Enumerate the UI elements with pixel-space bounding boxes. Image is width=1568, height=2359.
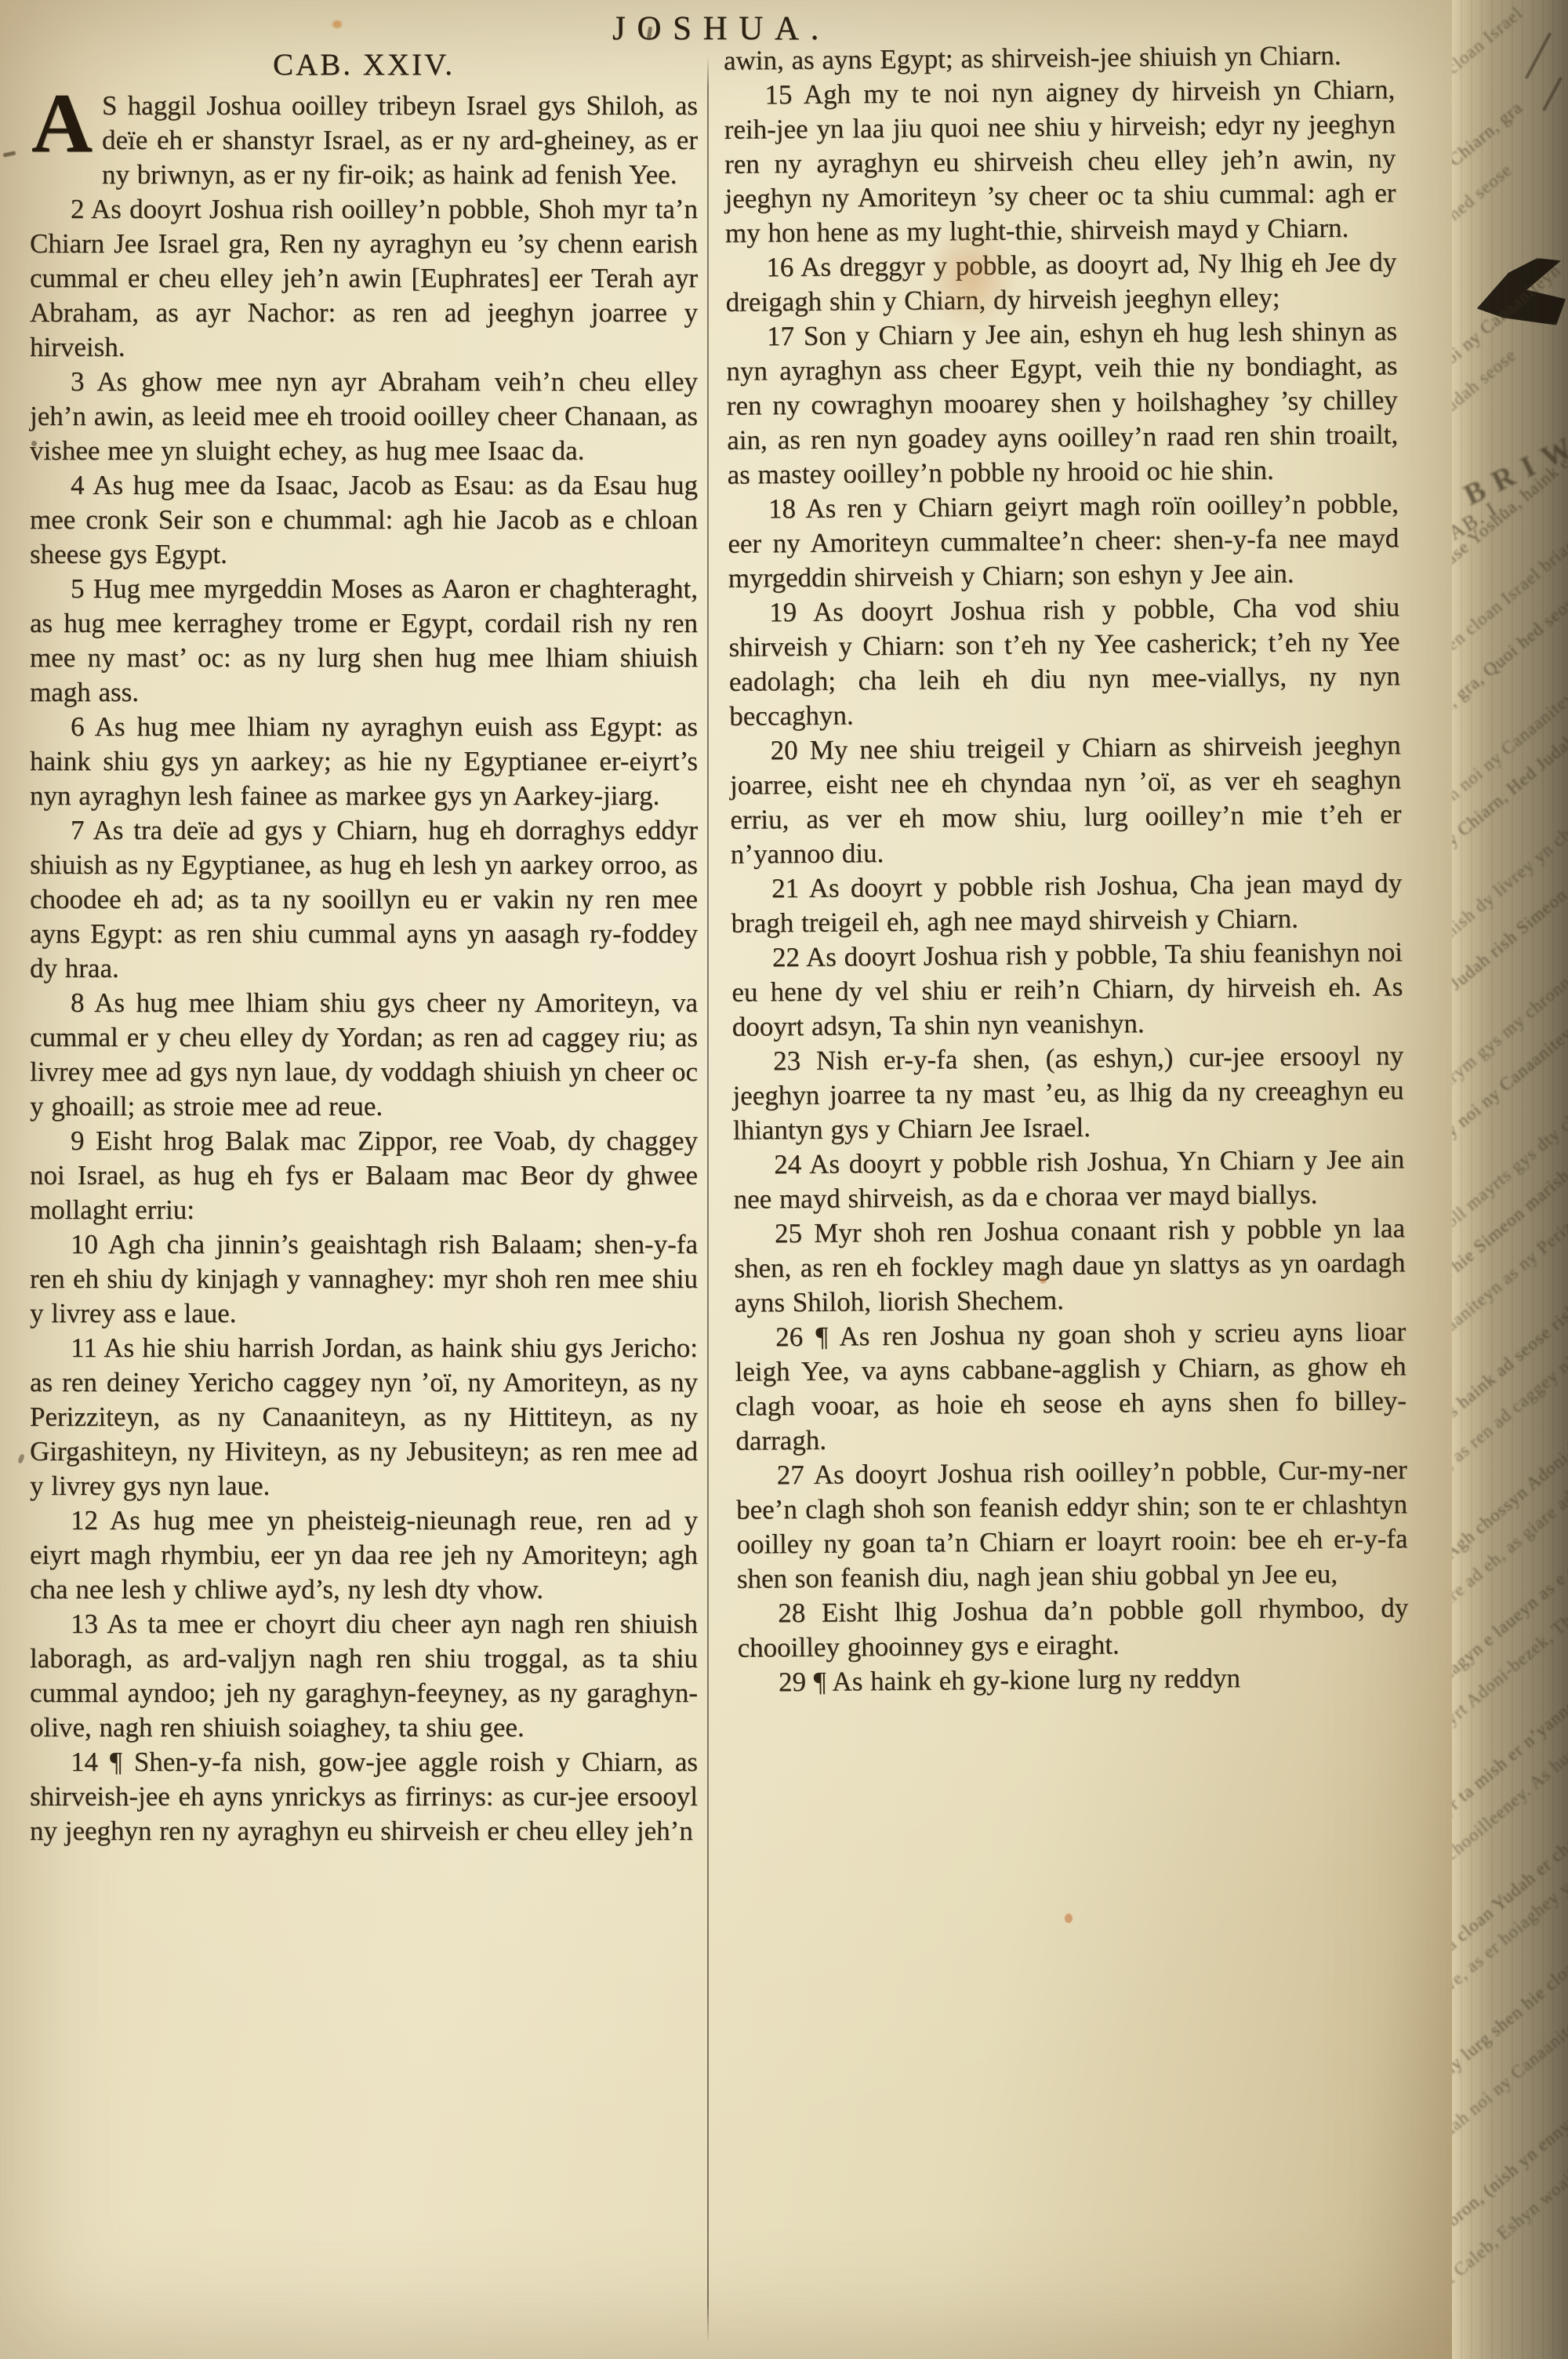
pen-mark bbox=[1525, 32, 1552, 79]
column-divider-rule bbox=[707, 56, 709, 2343]
edge-text-fragment: ny Canaaniteyn as ny Perizziteyn bbox=[1452, 1185, 1568, 1372]
edge-text-fragment: ordaagyn e laueyn as e chassyn bbox=[1452, 1525, 1568, 1701]
verse-13: 13 As ta mee er choyrt diu cheer ayn nag… bbox=[30, 1607, 698, 1745]
page-shadow-mark bbox=[1472, 255, 1568, 334]
edge-text-fragment: As ny lurg shen hie cloan Yudah bbox=[1452, 1917, 1568, 2098]
edge-text-fragment: dooyrt y Chiarn, Hed Judah seose: bbox=[1452, 695, 1568, 887]
edge-text-fragment: 6 Agh chossyn Adoni-bezek roish bbox=[1452, 1385, 1568, 1572]
edge-text-fragment: As dooyrt Adoni-bezek, Three-feed bbox=[1452, 1568, 1568, 1765]
edge-text-fragment: dooyrt Judah rish Simeon e vraar bbox=[1452, 846, 1568, 1031]
edge-text-fragment: as haare ad eh, as giare ad jeh bbox=[1452, 1467, 1568, 1637]
edge-text-fragment: Hebron, (nish yn ennym v’er bbox=[1452, 2081, 1568, 2245]
verse-14: 14 ¶ Shen-y-fa nish, gow-jee aggle roish… bbox=[30, 1745, 698, 1848]
edge-text-fragment: lurg baase Yoshua, haink eh gy- bbox=[1452, 426, 1568, 605]
edge-text-fragment: myr ta mish er n’yannoo bbox=[1452, 1688, 1568, 1830]
edge-text-fragment: y chliwe, as er hoiaghey yn ard bbox=[1452, 1852, 1568, 2027]
edge-text-fragment: va cloan Yudah er chaggey bbox=[1452, 1808, 1568, 1961]
drop-cap: A bbox=[30, 89, 102, 159]
chapter-heading: CAB. XXIV. bbox=[30, 47, 698, 82]
edge-text-fragment: goll mayrts gys dty chronney. bbox=[1452, 1070, 1568, 1238]
verse-22: 22 As dooyrt Joshua rish y pobble, Ta sh… bbox=[731, 935, 1403, 1044]
rust-stain bbox=[908, 205, 1033, 351]
edge-text-fragment: ta mish dy livrey yn cheer gys e bbox=[1452, 778, 1568, 958]
edge-text-fragment: marym gys my chronney, dy vod bbox=[1452, 919, 1568, 1102]
margin-mark bbox=[31, 441, 37, 446]
edge-text-fragment: Bezek; as ren ad caggey n’oï bbox=[1452, 1342, 1568, 1505]
verse-2: 2 As dooyrt Joshua rish ooilley’n pobble… bbox=[30, 192, 698, 365]
verse-5: 5 Hug mee myrgeddin Moses as Aaron er ch… bbox=[30, 572, 698, 710]
verse-27: 27 As dooyrt Joshua rish ooilley’n pobbl… bbox=[736, 1452, 1409, 1596]
verse-28: 28 Eisht lhig Joshua da’n pobble goll rh… bbox=[737, 1590, 1409, 1665]
verse-3: 3 As ghow mee nyn ayr Abraham veih’n che… bbox=[30, 365, 698, 468]
verse-7: 7 As tra deïe ad gys y Chiarn, hug eh do… bbox=[30, 813, 698, 986]
edge-text-fragment: eisht hie Simeon marish. bbox=[1452, 1161, 1568, 1304]
next-page-edge: as ren cloan Israel yn Chiarn, gra Quoi … bbox=[1452, 0, 1568, 2359]
edge-text-fragment: dy ren cloan Israel briaght bbox=[1452, 525, 1568, 675]
verse-24: 24 As dooyrt y pobble rish Joshua, Yn Ch… bbox=[733, 1142, 1405, 1216]
edge-text-fragment: Chiarn, gra, Quoi hed seose bbox=[1452, 587, 1568, 746]
verse-18: 18 As ren y Chiarn geiyrt magh roïn ooil… bbox=[728, 486, 1399, 595]
edge-text-fragment: as ren cloan Israel bbox=[1452, 3, 1527, 112]
scanned-bible-page: JOSHUA. CAB. XXIV. AS haggil Joshua ooil… bbox=[0, 0, 1452, 2359]
verse-14-continuation: awin, as ayns Egypt; as shirveish-jee sh… bbox=[724, 38, 1395, 78]
verse-10: 10 Agh cha jinnin’s geaishtagh rish Bala… bbox=[30, 1227, 698, 1331]
verse-19: 19 As dooyrt Joshua rish y pobble, Cha v… bbox=[728, 590, 1401, 733]
margin-mark bbox=[3, 151, 16, 157]
verse-17: 17 Son y Chiarn y Jee ain, eshyn eh hug … bbox=[726, 314, 1399, 492]
edge-text-fragment: 5 As haink ad seose rish Adoni-bezek bbox=[1452, 1231, 1568, 1439]
verse-26: 26 ¶ As ren Joshua ny goan shoh y scrieu… bbox=[735, 1314, 1407, 1458]
verse-25: 25 Myr shoh ren Joshua conaant rish y po… bbox=[734, 1211, 1406, 1320]
verse-8: 8 As hug mee lhiam shiu gys cheer ny Amo… bbox=[30, 986, 698, 1124]
verse-text: S haggil Joshua ooilley tribeyn Israel g… bbox=[102, 90, 698, 190]
verse-12: 12 As hug mee yn pheisteig-nieunagh reue… bbox=[30, 1503, 698, 1607]
verse-20: 20 My nee shiu treigeil y Chiarn as shir… bbox=[729, 728, 1402, 871]
verse-16: 16 As dreggyr y pobble, as dooyrt ad, Ny… bbox=[725, 245, 1397, 319]
edge-running-head: BRIW bbox=[1458, 426, 1568, 512]
edge-text-fragment: son noi ny Canaaniteyn, dy bbox=[1452, 661, 1568, 816]
edge-text-fragment: noi ny Canaaniteyn bbox=[1452, 260, 1565, 375]
ink-speck bbox=[1040, 1277, 1047, 1284]
edge-text-fragment: dooyrt Caleb, Eshyn woaillys bbox=[1452, 2150, 1568, 2317]
right-column: awin, as ayns Egypt; as shirveish-jee sh… bbox=[724, 38, 1409, 1699]
verse-29: 29 ¶ As haink eh gy-kione lurg ny reddyn bbox=[738, 1659, 1409, 1699]
edge-text-fragment: caggey noi ny Canaaniteyn, as bbox=[1452, 999, 1568, 1171]
verse-6: 6 As hug mee lhiam ny ayraghyn euish ass… bbox=[30, 710, 698, 813]
edge-chapter-heading: CAB. I. bbox=[1452, 494, 1508, 554]
left-column: CAB. XXIV. AS haggil Joshua ooilley trib… bbox=[30, 47, 698, 1848]
edge-text-fragment: er ny chooilleeney. As hug ad bbox=[1452, 1727, 1568, 1894]
verse-9: 9 Eisht hrog Balak mac Zippor, ree Voab,… bbox=[30, 1124, 698, 1227]
verse-1: AS haggil Joshua ooilley tribeyn Israel … bbox=[30, 89, 698, 192]
edge-text-fragment: yn Chiarn, gra bbox=[1452, 97, 1526, 187]
edge-text-fragment: Quoi hed seose bbox=[1452, 160, 1516, 253]
verse-23: 23 Nish er-y-fa shen, (as eshyn,) cur-je… bbox=[732, 1038, 1404, 1147]
ink-speck bbox=[1065, 1914, 1073, 1923]
ink-speck bbox=[332, 20, 342, 28]
edge-text-fragment: Hed Judah seose bbox=[1452, 345, 1520, 445]
verse-11: 11 As hie shiu harrish Jordan, as haink … bbox=[30, 1331, 698, 1503]
pen-mark bbox=[1542, 77, 1563, 111]
margin-mark bbox=[17, 1453, 25, 1463]
verse-21: 21 As dooyrt y pobble rish Joshua, Cha j… bbox=[731, 866, 1403, 940]
verse-15: 15 Agh my te noi nyn aigney dy hirveish … bbox=[724, 72, 1396, 250]
edge-text-fragment: hie Judah noi ny Canaaniteyn bbox=[1452, 2005, 1568, 2172]
verse-4: 4 As hug mee da Isaac, Jacob as Esau: as… bbox=[30, 468, 698, 572]
